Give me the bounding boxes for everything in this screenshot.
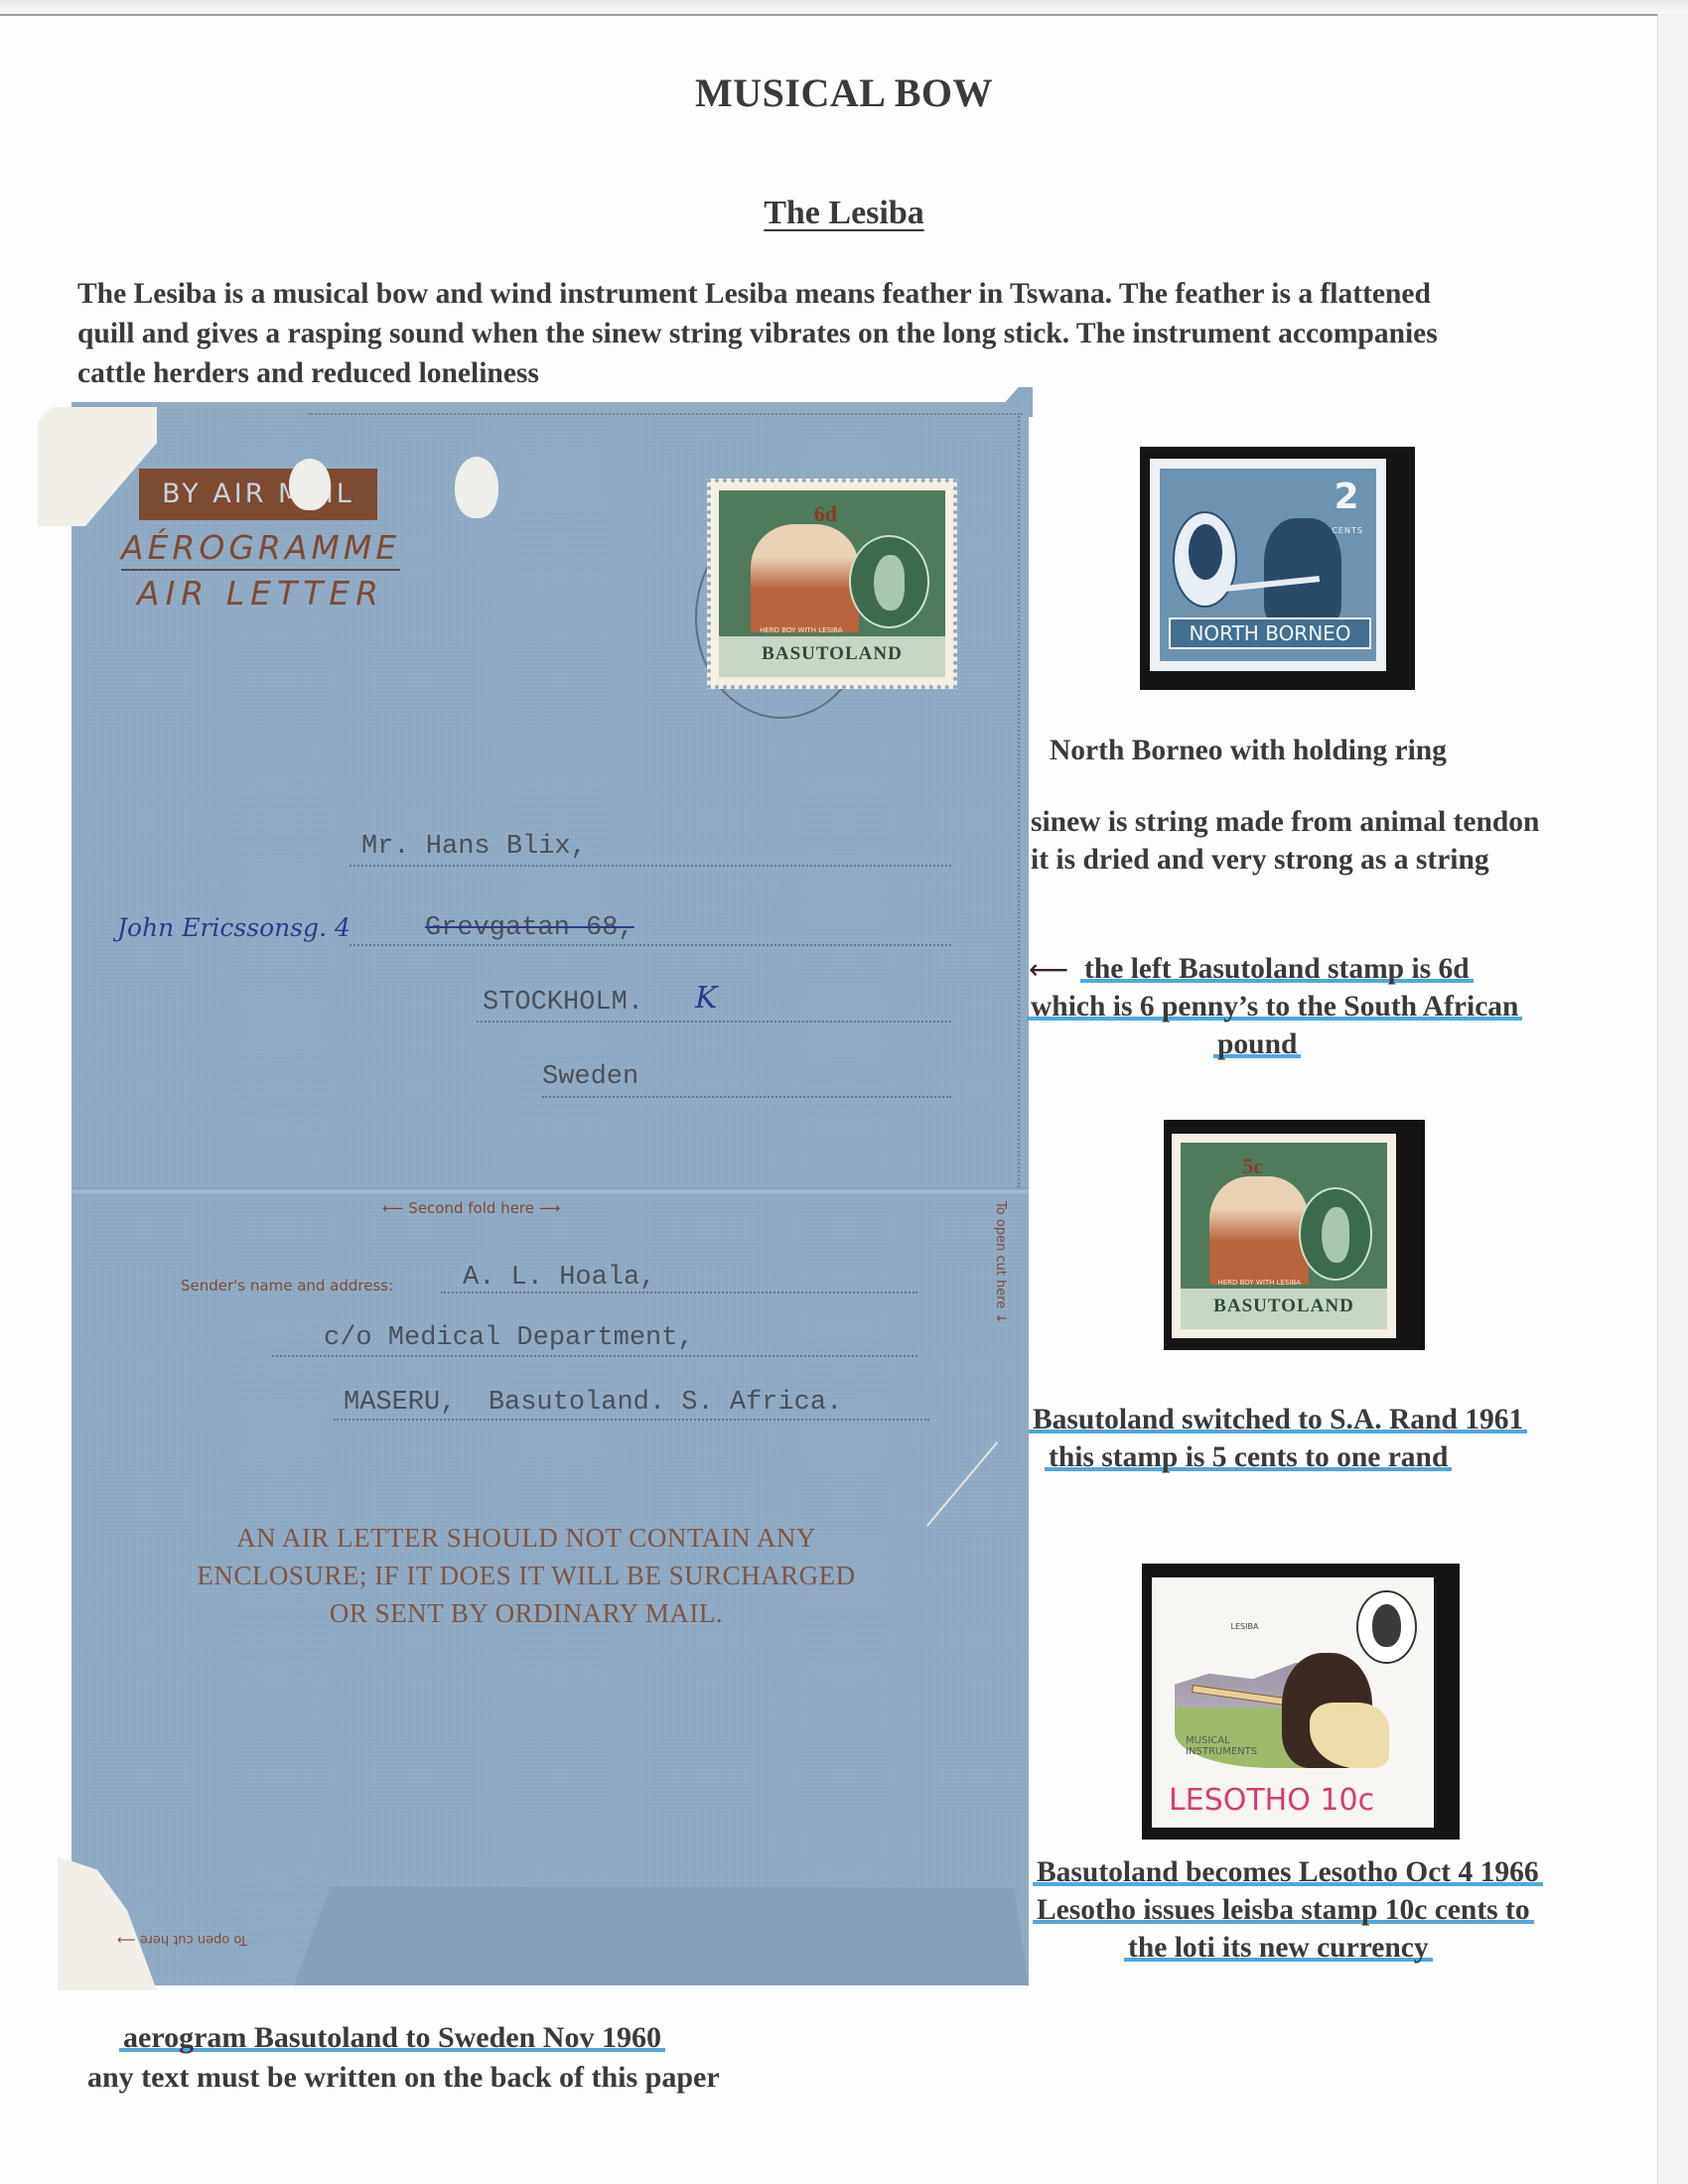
sinew-line: it is dried and very strong as a string <box>1031 844 1489 877</box>
stamp-country: BASUTOLAND <box>719 636 945 677</box>
stamp-country: BASUTOLAND <box>1181 1289 1387 1329</box>
perforation-line <box>1018 413 1020 1187</box>
intro-paragraph: The Lesiba is a musical bow and wind ins… <box>77 274 1626 393</box>
stamp-unit: CENTS <box>1332 526 1363 535</box>
king-portrait <box>1356 1590 1417 1665</box>
sender-line-2: c/o Medical Department, <box>324 1323 694 1353</box>
six-d-line: pound <box>1213 1028 1301 1060</box>
six-d-line: the left Basutoland stamp is 6d <box>1080 953 1474 985</box>
sender-line-1: A. L. Hoala, <box>463 1263 655 1293</box>
second-fold-instruction: ⟵ Second fold here ⟶ <box>382 1199 560 1217</box>
scan-right-edge <box>1657 14 1688 2184</box>
intro-line: The Lesiba is a musical bow and wind ins… <box>77 274 1626 314</box>
addressee-name: Mr. Hans Blix, <box>361 832 587 862</box>
stamp-lesotho-10c: LESIBA MUSICAL INSTRUMENTS LESOTHO 10c <box>1142 1564 1460 1840</box>
herd-boy-scene <box>1209 1176 1309 1285</box>
queen-portrait <box>849 535 930 628</box>
address-line <box>477 1020 951 1023</box>
handwritten-postcode: K <box>695 981 717 1016</box>
footer-aerogram-caption: aerogram Basutoland to Sweden Nov 1960 <box>119 2021 665 2054</box>
enclosure-notice: AN AIR LETTER SHOULD NOT CONTAIN ANY ENC… <box>99 1519 953 1632</box>
stamp-design: 5c HERD BOY WITH LESIBA BASUTOLAND <box>1181 1143 1387 1329</box>
aerogramme-flap <box>294 1886 1029 1985</box>
rand-line: this stamp is 5 cents to one rand <box>1045 1441 1452 1473</box>
addressee-country: Sweden <box>542 1062 638 1092</box>
subtitle-text: The Lesiba <box>764 195 924 231</box>
stamp-country: NORTH BORNEO <box>1169 617 1372 649</box>
musician-figure <box>1264 518 1341 626</box>
arrow-left-icon: ⟵ <box>382 1199 404 1217</box>
stamp-caption: HERD BOY WITH LESIBA <box>1217 1279 1301 1287</box>
notice-line: ENCLOSURE; IF IT DOES IT WILL BE SURCHAR… <box>99 1557 953 1594</box>
lesotho-line: Basutoland becomes Lesotho Oct 4 1966 <box>1033 1856 1543 1888</box>
scan-top-edge <box>0 0 1688 16</box>
sender-line-3: MASERU, Basutoland. S. Africa. <box>344 1388 842 1418</box>
sender-dotline <box>441 1291 917 1294</box>
stamp-north-borneo: 2 CENTS NORTH BORNEO <box>1140 447 1415 690</box>
punch-hole <box>455 457 498 518</box>
lesotho-line: Lesotho issues leisba stamp 10c cents to <box>1033 1894 1534 1926</box>
stamp-paper: 2 CENTS NORTH BORNEO <box>1150 459 1386 671</box>
sinew-line: sinew is string made from animal tendon <box>1031 806 1539 839</box>
north-borneo-caption: North Borneo with holding ring <box>1050 735 1447 767</box>
stamp-country-value: LESOTHO 10c <box>1169 1783 1374 1818</box>
herd-boy-scene <box>751 524 859 632</box>
aerogramme-label: AÉROGRAMME <box>121 528 400 571</box>
stamp-basutoland-5c: 5c HERD BOY WITH LESIBA BASUTOLAND <box>1164 1120 1425 1350</box>
page-subtitle: The Lesiba <box>0 195 1688 232</box>
by-air-mail-label: BY AIR MAIL <box>139 469 377 520</box>
struck-street: Grevgatan 68, <box>425 913 634 943</box>
notice-line: OR SENT BY ORDINARY MAIL. <box>99 1594 953 1632</box>
handwritten-street: John Ericssonsg. 4 <box>117 913 351 942</box>
intro-line: quill and gives a rasping sound when the… <box>77 314 1626 353</box>
stamp-label: LESIBA <box>1231 1622 1259 1631</box>
address-line <box>542 1095 951 1098</box>
sender-label: Sender's name and address: <box>181 1277 393 1295</box>
address-line <box>350 864 951 867</box>
stamp-design: 6d HERD BOY WITH LESIBA BASUTOLAND <box>719 490 945 677</box>
sender-dotline <box>334 1418 929 1421</box>
stamp-design: 2 CENTS NORTH BORNEO <box>1160 469 1376 661</box>
stamp-caption: HERD BOY WITH LESIBA <box>760 626 843 634</box>
six-d-line: which is 6 penny’s to the South African <box>1027 991 1522 1023</box>
arrow-left-icon: ⟵ <box>1029 953 1068 986</box>
queen-portrait <box>1173 511 1237 608</box>
open-cut-instruction: To open cut here ↓ <box>993 1201 1008 1323</box>
open-cut-label: To open cut here <box>140 1932 247 1947</box>
sender-dotline <box>272 1354 917 1357</box>
footer-note: any text must be written on the back of … <box>87 2061 720 2095</box>
second-fold-label: Second fold here <box>408 1199 534 1217</box>
stamp-paper: LESIBA MUSICAL INSTRUMENTS LESOTHO 10c <box>1152 1577 1434 1828</box>
stamp-value: 5c <box>1242 1154 1263 1179</box>
notice-line: AN AIR LETTER SHOULD NOT CONTAIN ANY <box>99 1519 953 1557</box>
stamp-paper: 5c HERD BOY WITH LESIBA BASUTOLAND <box>1172 1134 1396 1338</box>
lesotho-line: the loti its new currency <box>1124 1932 1433 1964</box>
stamp-value: 6d <box>814 501 837 527</box>
addressee-city: STOCKHOLM. <box>483 988 643 1018</box>
stamp-basutoland-6d: 6d HERD BOY WITH LESIBA BASUTOLAND <box>707 478 957 689</box>
open-cut-label: To open cut here <box>993 1201 1008 1308</box>
air-letter-label: AIR LETTER <box>137 574 384 613</box>
address-line <box>350 943 951 946</box>
punch-hole <box>289 459 331 510</box>
first-fold <box>71 1187 1029 1195</box>
bottom-open-cut-instruction: To open cut here ⟶ <box>117 1932 247 1947</box>
rand-line: Basutoland switched to S.A. Rand 1961 <box>1029 1404 1527 1435</box>
arrow-right-icon: ⟶ <box>539 1199 561 1217</box>
stamp-series: MUSICAL INSTRUMENTS <box>1186 1735 1275 1757</box>
perforation-line <box>308 413 1023 415</box>
page-title: MUSICAL BOW <box>0 69 1688 116</box>
intro-line: cattle herders and reduced loneliness <box>77 353 1626 393</box>
stamp-value: 2 <box>1335 477 1359 517</box>
queen-portrait <box>1299 1187 1373 1281</box>
